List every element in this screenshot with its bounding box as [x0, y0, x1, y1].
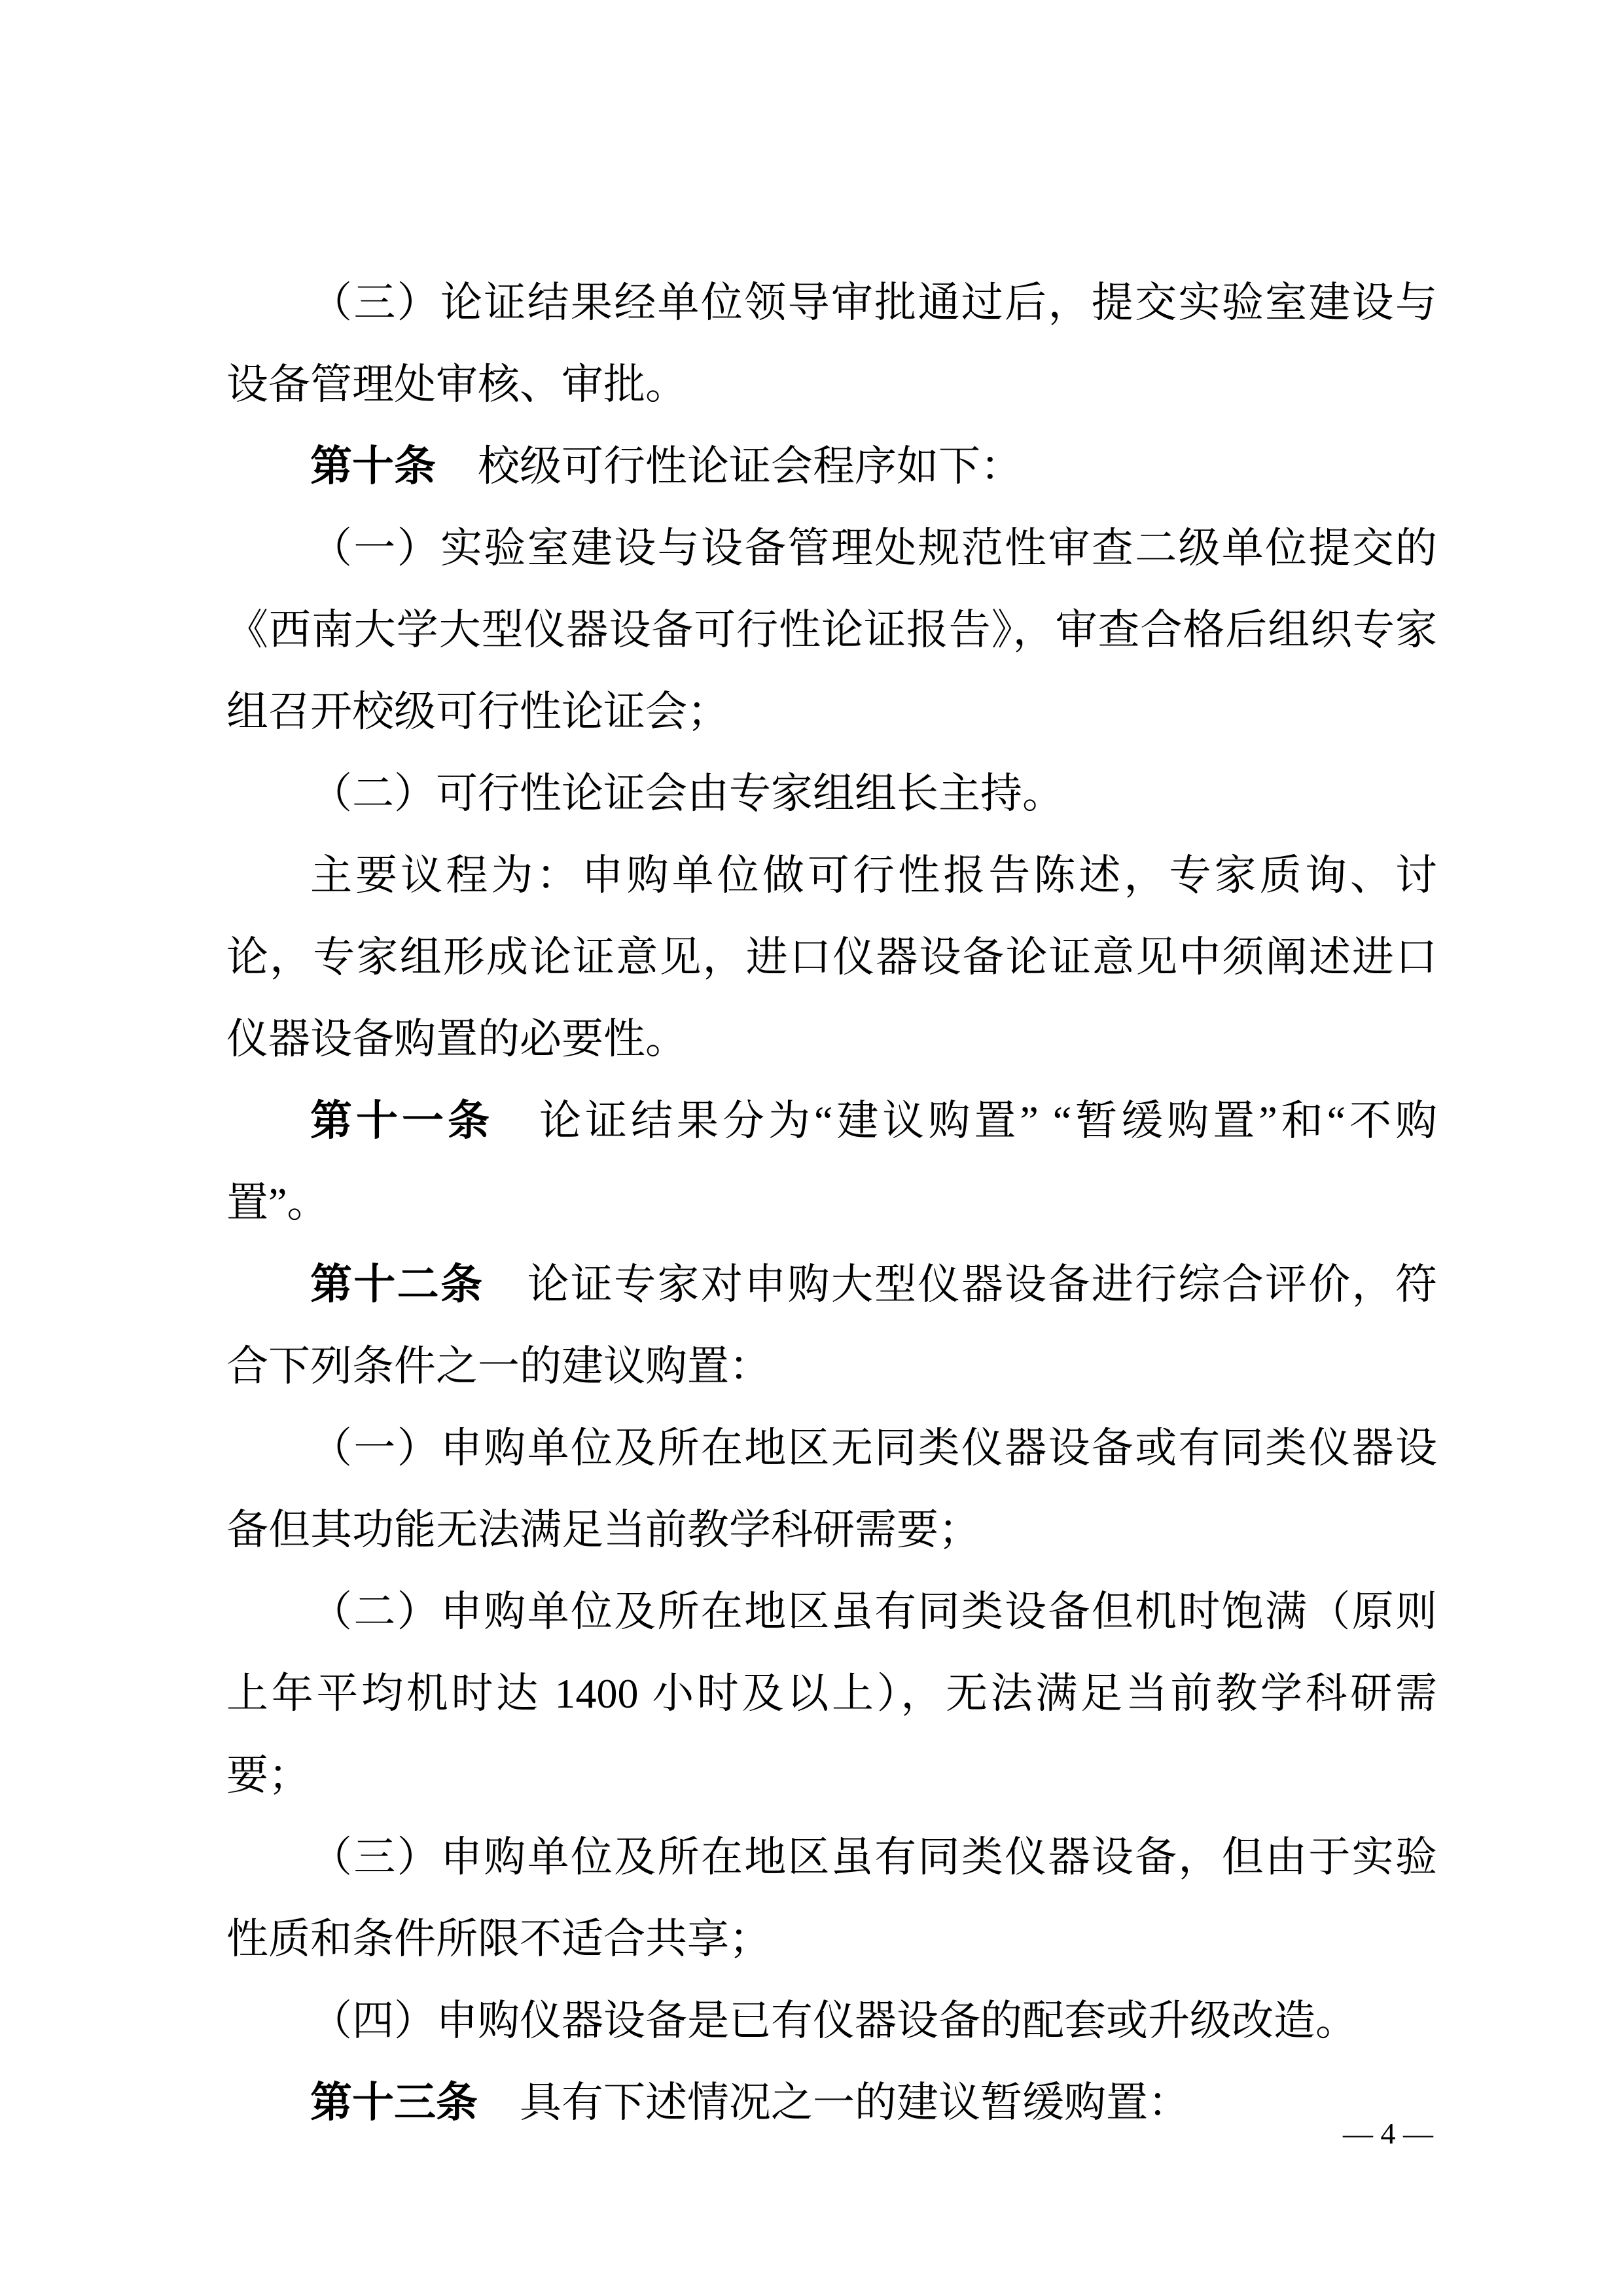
paragraph: （二）申购单位及所在地区虽有同类设备但机时饱满（原则上年平均机时达 1400 小… [226, 1571, 1437, 1816]
paragraph: 第十二条 论证专家对申购大型仪器设备进行综合评价，符合下列条件之一的建议购置： [226, 1244, 1437, 1407]
paragraph-text: （三）论证结果经单位领导审批通过后，提交实验室建设与设备管理处审核、审批。 [226, 279, 1437, 408]
paragraph: 第十一条 论证结果分为“建议购置” “暂缓购置”和“不购置”。 [226, 1080, 1437, 1244]
paragraph-text: 具有下述情况之一的建议暂缓购置： [478, 2079, 1190, 2126]
paragraph-text: 校级可行性论证会程序如下： [436, 443, 1022, 490]
paragraph-text: （四）申购仪器设备是已有仪器设备的配套或升级改造。 [310, 1998, 1357, 2044]
paragraph: （一）申购单位及所在地区无同类仪器设备或有同类仪器设备但其功能无法满足当前教学科… [226, 1407, 1437, 1571]
article-number: 第十一条 [310, 1098, 493, 1144]
paragraph-text: 主要议程为：申购单位做可行性报告陈述，专家质询、讨论，专家组形成论证意见，进口仪… [226, 852, 1437, 1062]
paragraph-text: （二）申购单位及所在地区虽有同类设备但机时饱满（原则上年平均机时达 1400 小… [226, 1588, 1437, 1799]
paragraph: （一）实验室建设与设备管理处规范性审查二级单位提交的《西南大学大型仪器设备可行性… [226, 507, 1437, 753]
page-number: — 4 — [1343, 2114, 1433, 2153]
paragraph: （四）申购仪器设备是已有仪器设备的配套或升级改造。 [226, 1980, 1437, 2062]
document-body: （三）论证结果经单位领导审批通过后，提交实验室建设与设备管理处审核、审批。 第十… [226, 262, 1437, 2144]
paragraph: 主要议程为：申购单位做可行性报告陈述，专家质询、讨论，专家组形成论证意见，进口仪… [226, 834, 1437, 1080]
paragraph: （二）可行性论证会由专家组组长主持。 [226, 753, 1437, 834]
paragraph: 第十条 校级可行性论证会程序如下： [226, 425, 1437, 507]
paragraph: 第十三条 具有下述情况之一的建议暂缓购置： [226, 2062, 1437, 2144]
document-page: （三）论证结果经单位领导审批通过后，提交实验室建设与设备管理处审核、审批。 第十… [0, 0, 1623, 2296]
article-number: 第十二条 [310, 1261, 484, 1308]
paragraph-text: （三）申购单位及所在地区虽有同类仪器设备，但由于实验性质和条件所限不适合共享； [226, 1834, 1437, 1962]
paragraph-text: （二）可行性论证会由专家组组长主持。 [310, 770, 1064, 817]
paragraph-text: （一）申购单位及所在地区无同类仪器设备或有同类仪器设备但其功能无法满足当前教学科… [226, 1425, 1437, 1553]
paragraph: （三）申购单位及所在地区虽有同类仪器设备，但由于实验性质和条件所限不适合共享； [226, 1816, 1437, 1980]
article-number: 第十条 [310, 443, 436, 490]
paragraph: （三）论证结果经单位领导审批通过后，提交实验室建设与设备管理处审核、审批。 [226, 262, 1437, 425]
article-number: 第十三条 [310, 2079, 478, 2126]
paragraph-text: （一）实验室建设与设备管理处规范性审查二级单位提交的《西南大学大型仪器设备可行性… [226, 525, 1437, 735]
